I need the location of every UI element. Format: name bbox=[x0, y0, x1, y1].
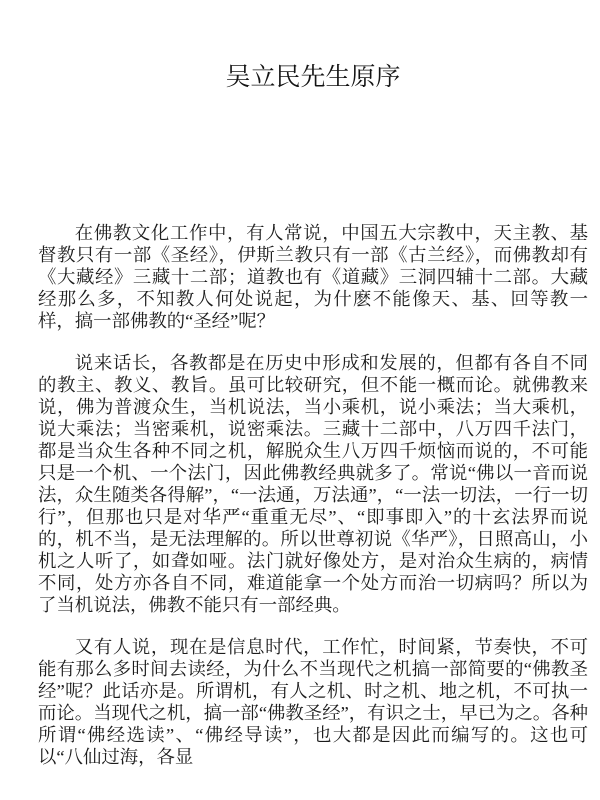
paragraph-3-truncated: 又有人说，现在是信息时代，工作忙，时间紧，节奏快，不可能有那么多时间去读经，为什… bbox=[38, 636, 588, 768]
paragraph-2: 说来话长，各教都是在历史中形成和发展的，但都有各自不同的教主、教义、教旨。虽可比… bbox=[38, 352, 588, 616]
document-page: 吴立民先生原序 在佛教文化工作中，有人常说，中国五大宗教中，天主教、基督教只有一… bbox=[0, 0, 600, 800]
page-title: 吴立民先生原序 bbox=[38, 62, 588, 94]
paragraph-1: 在佛教文化工作中，有人常说，中国五大宗教中，天主教、基督教只有一部《圣经》，伊斯… bbox=[38, 222, 588, 332]
document-body: 在佛教文化工作中，有人常说，中国五大宗教中，天主教、基督教只有一部《圣经》，伊斯… bbox=[38, 222, 588, 768]
